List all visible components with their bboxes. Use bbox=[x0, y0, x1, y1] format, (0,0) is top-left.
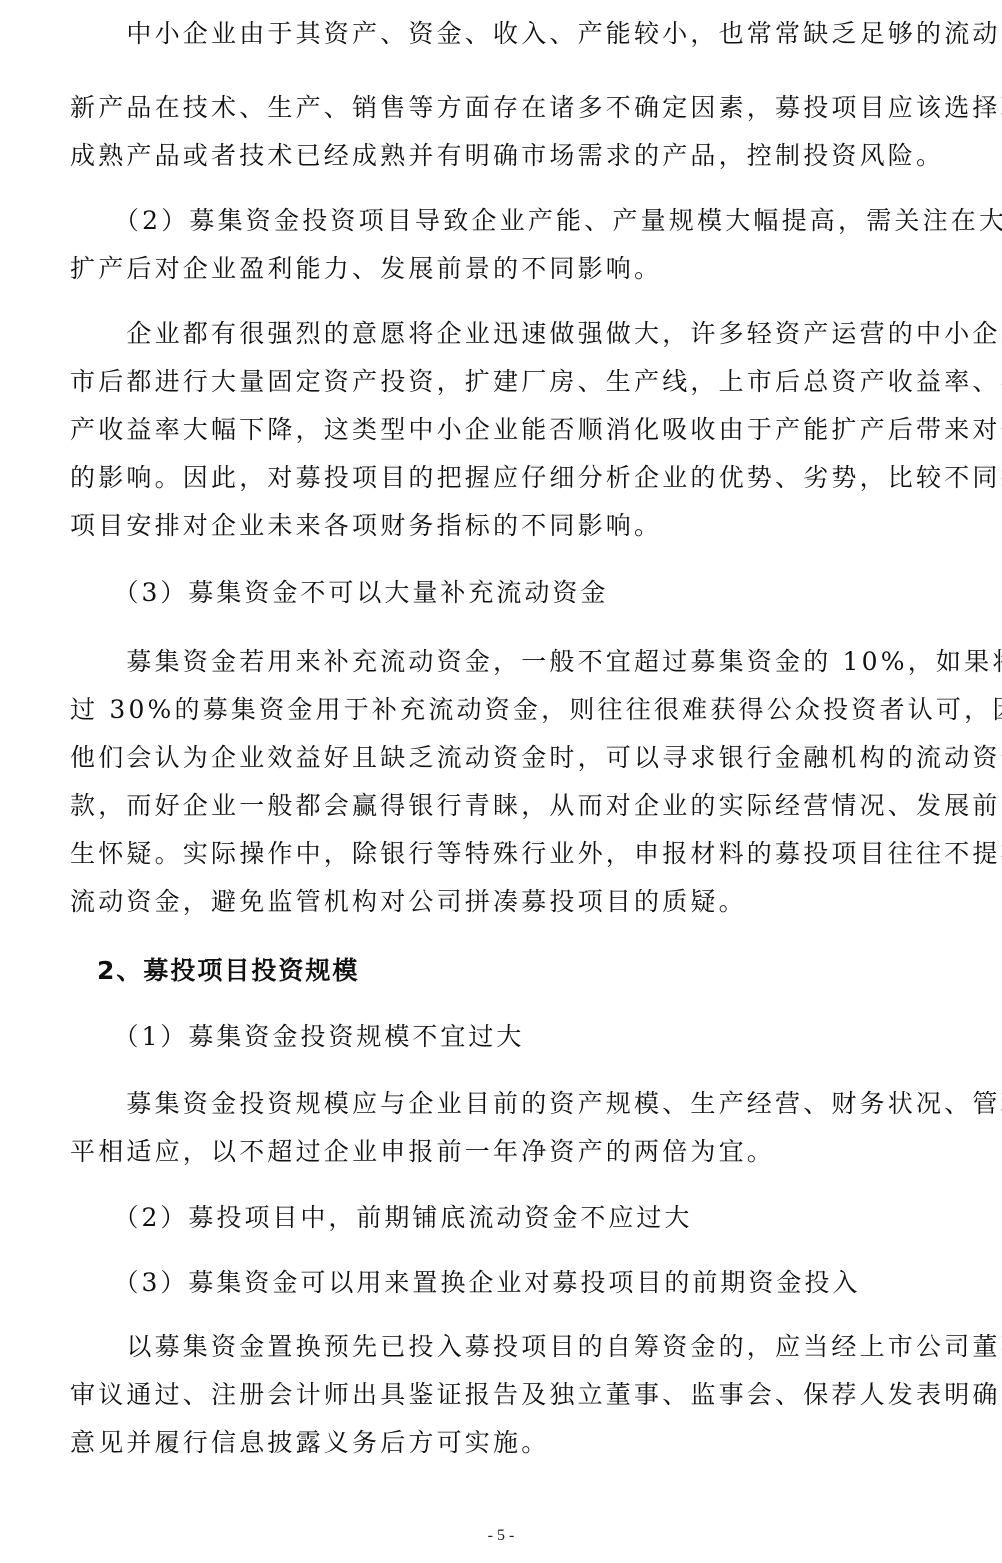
paragraph-3-line-4: 的影响。因此，对募投项目的把握应仔细分析企业的优势、劣势，比较不同投资 bbox=[70, 463, 936, 493]
paragraph-5-line-6: 流动资金，避免监管机构对公司拼凑募投项目的质疑。 bbox=[70, 887, 936, 917]
paragraph-3-line-1: 企业都有很强烈的意愿将企业迅速做强做大，许多轻资产运营的中小企业上 bbox=[70, 319, 936, 349]
subheading-3: （3）募集资金不可以大量补充流动资金 bbox=[70, 578, 936, 608]
paragraph-1-line-3: 成熟产品或者技术已经成熟并有明确市场需求的产品，控制投资风险。 bbox=[70, 141, 936, 171]
paragraph-11-line-2: 审议通过、注册会计师出具鉴证报告及独立董事、监事会、保荐人发表明确同意 bbox=[70, 1380, 936, 1410]
paragraph-3-line-2: 市后都进行大量固定资产投资，扩建厂房、生产线，上市后总资产收益率、净资 bbox=[70, 367, 936, 397]
subheading-2-1: （1）募集资金投资规模不宜过大 bbox=[70, 1022, 936, 1052]
paragraph-1-line-2: 新产品在技术、生产、销售等方面存在诸多不确定因素，募投项目应该选择现有 bbox=[70, 93, 936, 123]
paragraph-5-line-1: 募集资金若用来补充流动资金，一般不宜超过募集资金的 10%，如果将超 bbox=[70, 647, 936, 677]
paragraph-8-line-1: 募集资金投资规模应与企业目前的资产规模、生产经营、财务状况、管理水 bbox=[70, 1089, 936, 1119]
subheading-2-line-2: 扩产后对企业盈利能力、发展前景的不同影响。 bbox=[70, 254, 936, 284]
paragraph-5-line-4: 款，而好企业一般都会赢得银行青睐，从而对企业的实际经营情况、发展前景产 bbox=[70, 791, 936, 821]
paragraph-5-line-5: 生怀疑。实际操作中，除银行等特殊行业外，申报材料的募投项目往往不提补充 bbox=[70, 839, 936, 869]
paragraph-3-line-3: 产收益率大幅下降，这类型中小企业能否顺消化吸收由于产能扩产后带来对企业 bbox=[70, 415, 936, 445]
page-number: - 5 - bbox=[0, 1527, 1002, 1545]
paragraph-1-line-1: 中小企业由于其资产、资金、收入、产能较小，也常常缺乏足够的流动资金， bbox=[70, 19, 936, 49]
paragraph-3-line-5: 项目安排对企业未来各项财务指标的不同影响。 bbox=[70, 511, 936, 541]
paragraph-11-line-3: 意见并履行信息披露义务后方可实施。 bbox=[70, 1428, 936, 1458]
subheading-2-line-1: （2）募集资金投资项目导致企业产能、产量规模大幅提高，需关注在大幅 bbox=[70, 206, 936, 236]
section-heading-2: 2、募投项目投资规模 bbox=[70, 956, 936, 986]
subheading-2-2: （2）募投项目中，前期铺底流动资金不应过大 bbox=[70, 1203, 936, 1233]
document-page: 中小企业由于其资产、资金、收入、产能较小，也常常缺乏足够的流动资金， 新产品在技… bbox=[0, 0, 1002, 1563]
paragraph-5-line-2: 过 30%的募集资金用于补充流动资金，则往往很难获得公众投资者认可，因为 bbox=[70, 695, 936, 725]
subheading-2-3: （3）募集资金可以用来置换企业对募投项目的前期资金投入 bbox=[70, 1268, 936, 1298]
paragraph-11-line-1: 以募集资金置换预先已投入募投项目的自筹资金的，应当经上市公司董事会 bbox=[70, 1332, 936, 1362]
paragraph-5-line-3: 他们会认为企业效益好且缺乏流动资金时，可以寻求银行金融机构的流动资金贷 bbox=[70, 743, 936, 773]
paragraph-8-line-2: 平相适应，以不超过企业申报前一年净资产的两倍为宜。 bbox=[70, 1137, 936, 1167]
